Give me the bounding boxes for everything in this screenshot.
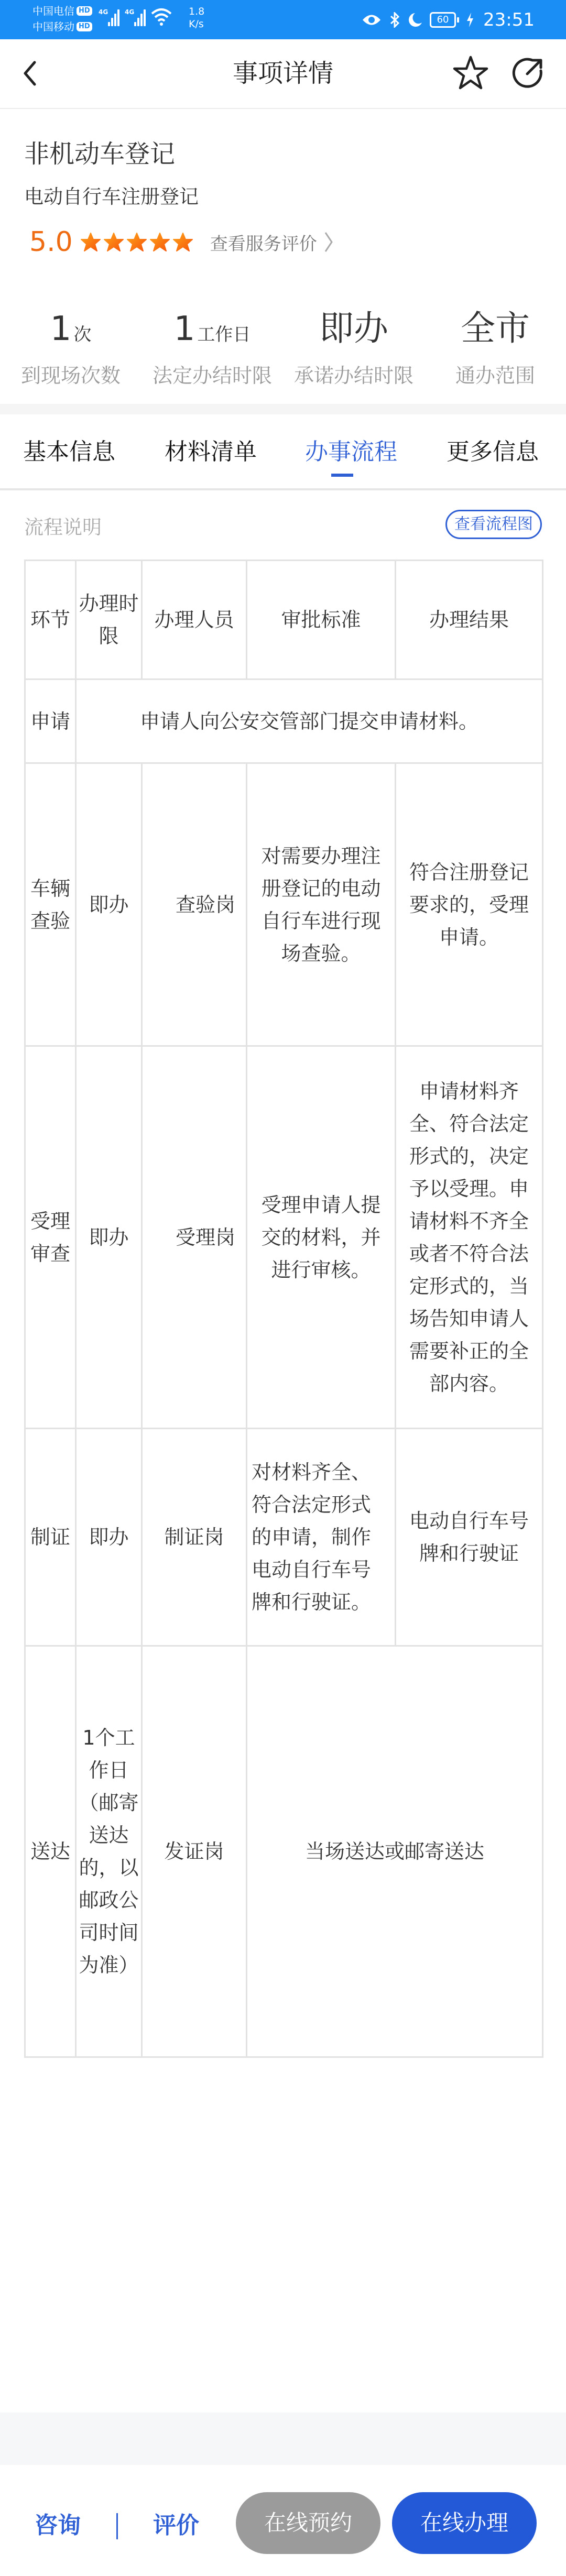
carrier-info: 中国电信 HD 中国移动 HD — [32, 3, 92, 35]
tab-bar: 基本信息 材料清单 办事流程 更多信息 — [0, 414, 566, 490]
result-cell: 申请材料齐全、符合法定形式的，决定予以受理。申请材料不齐全或者不符合法定形式的，… — [396, 1046, 543, 1429]
stage-cell: 申请 — [25, 679, 76, 763]
rating-stars — [80, 232, 193, 252]
view-reviews-label: 查看服务评价 — [210, 229, 317, 255]
stat-scope: 全市 通办范围 — [424, 299, 566, 388]
stat-value: 即办 — [319, 311, 388, 346]
network-type: 4G — [125, 8, 134, 16]
carrier-1: 中国电信 HD — [32, 3, 92, 19]
tab-more-info[interactable]: 更多信息 — [447, 436, 539, 468]
table-row: 申请 申请人向公安交管部门提交申请材料。 — [25, 679, 543, 763]
stat-value: 1 — [174, 312, 195, 346]
section-divider — [0, 404, 566, 414]
item-title: 非机动车登记 — [24, 137, 175, 171]
view-reviews-link[interactable]: 查看服务评价 — [210, 229, 334, 255]
review-button[interactable]: 评价 — [153, 2510, 199, 2541]
header-cell: 办理人员 — [142, 561, 247, 679]
stat-unit: 次 — [73, 326, 91, 346]
network-type: 4G — [99, 8, 108, 16]
clock: 23:51 — [483, 9, 535, 30]
stat-label: 通办范围 — [424, 359, 566, 388]
carrier-2-name: 中国移动 — [32, 19, 74, 35]
stat-value: 1 — [50, 312, 72, 346]
hd-badge: HD — [77, 6, 92, 16]
tab-process[interactable]: 办事流程 — [305, 436, 397, 468]
stats-row: 1次 到现场次数 1工作日 法定办结时限 即办 承诺办结时限 全市 通办范围 — [0, 299, 566, 388]
favorite-star-icon[interactable] — [452, 54, 489, 92]
stage-cell: 送达 — [25, 1646, 76, 2057]
table-row: 送达 1个工作日（邮寄送达的，以邮政公司时间为准） 发证岗 当场送达或邮寄送达 — [25, 1646, 543, 2057]
time-cell: 即办 — [76, 1429, 142, 1646]
stat-promised-limit: 即办 承诺办结时限 — [283, 299, 424, 388]
battery-indicator: 60 — [430, 12, 456, 28]
action-separator — [116, 2513, 118, 2539]
tab-basic-info[interactable]: 基本信息 — [23, 436, 115, 468]
nav-bar: 事项详情 — [0, 39, 566, 109]
speed-value: 1.8 — [189, 5, 204, 18]
table-row: 受理审查 即办 受理岗 受理申请人提交的材料，并进行审核。 申请材料齐全、符合法… — [25, 1046, 543, 1429]
header-cell: 办理时限 — [76, 561, 142, 679]
wifi-icon — [151, 7, 172, 26]
stage-cell: 车辆查验 — [25, 763, 76, 1046]
rating-row: 5.0 查看服务评价 — [29, 225, 334, 259]
time-cell: 即办 — [76, 763, 142, 1046]
result-cell: 电动自行车号牌和行驶证 — [396, 1429, 543, 1646]
header-cell: 办理结果 — [396, 561, 543, 679]
hd-badge: HD — [77, 22, 92, 31]
apply-online-button[interactable]: 在线办理 — [392, 2492, 537, 2554]
header-cell: 环节 — [25, 561, 76, 679]
book-online-button[interactable]: 在线预约 — [236, 2492, 380, 2554]
charging-icon — [466, 13, 474, 27]
table-header-row: 环节 办理时限 办理人员 审批标准 办理结果 — [25, 561, 543, 679]
carrier-2: 中国移动 HD — [32, 19, 92, 35]
header-cell: 审批标准 — [247, 561, 396, 679]
stat-label: 法定办结时限 — [141, 359, 283, 388]
item-subtitle: 电动自行车注册登记 — [24, 184, 199, 210]
process-table: 环节 办理时限 办理人员 审批标准 办理结果 申请 申请人向公安交管部门提交申请… — [24, 560, 543, 2058]
standard-cell: 对需要办理注册登记的电动自行车进行现场查验。 — [247, 763, 396, 1046]
chevron-right-icon — [323, 231, 334, 254]
table-row: 制证 即办 制证岗 对材料齐全、符合法定形式的申请，制作电动自行车号牌和行驶证。… — [25, 1429, 543, 1646]
stage-cell: 受理审查 — [25, 1046, 76, 1429]
star-filled-icon — [172, 232, 193, 252]
standard-cell: 对材料齐全、符合法定形式的申请，制作电动自行车号牌和行驶证。 — [247, 1429, 396, 1646]
tab-materials[interactable]: 材料清单 — [165, 436, 257, 468]
merged-cell: 申请人向公安交管部门提交申请材料。 — [76, 679, 543, 763]
time-cell: 1个工作日（邮寄送达的，以邮政公司时间为准） — [76, 1646, 142, 2057]
signal-icon: 4G — [99, 9, 119, 26]
merged-cell: 当场送达或邮寄送达 — [247, 1646, 543, 2057]
footer-divider — [0, 2413, 566, 2465]
signal-indicators: 4G 4G — [99, 7, 172, 26]
share-icon[interactable] — [509, 54, 546, 92]
stage-cell: 制证 — [25, 1429, 76, 1646]
status-right: 60 23:51 — [362, 9, 535, 30]
eye-comfort-icon — [362, 13, 382, 27]
status-bar: 中国电信 HD 中国移动 HD 4G 4G 1.8 K/s — [0, 0, 566, 39]
view-flowchart-button[interactable]: 查看流程图 — [445, 510, 542, 539]
stat-label: 到现场次数 — [0, 359, 141, 388]
star-filled-icon — [149, 232, 170, 252]
bottom-action-bar: 咨询 评价 在线预约 在线办理 — [0, 2465, 566, 2576]
moon-icon — [408, 12, 422, 28]
stat-unit: 工作日 — [197, 326, 251, 346]
network-speed: 1.8 K/s — [189, 5, 204, 30]
carrier-1-name: 中国电信 — [32, 3, 74, 19]
staff-cell: 制证岗 — [142, 1429, 247, 1646]
rating-score: 5.0 — [29, 226, 73, 258]
table-row: 车辆查验 即办 查验岗 对需要办理注册登记的电动自行车进行现场查验。 符合注册登… — [25, 763, 543, 1046]
stat-label: 承诺办结时限 — [283, 359, 424, 388]
standard-cell: 受理申请人提交的材料，并进行审核。 — [247, 1046, 396, 1429]
consult-button[interactable]: 咨询 — [35, 2510, 81, 2541]
star-filled-icon — [103, 232, 124, 252]
stat-visits: 1次 到现场次数 — [0, 299, 141, 388]
time-cell: 即办 — [76, 1046, 142, 1429]
staff-cell: 查验岗 — [142, 763, 247, 1046]
active-tab-indicator — [331, 474, 353, 477]
speed-unit: K/s — [189, 18, 204, 30]
stat-value: 全市 — [461, 311, 530, 346]
result-cell: 符合注册登记要求的，受理申请。 — [396, 763, 543, 1046]
star-filled-icon — [80, 232, 101, 252]
stat-legal-limit: 1工作日 法定办结时限 — [141, 299, 283, 388]
staff-cell: 受理岗 — [142, 1046, 247, 1429]
bluetooth-icon — [389, 12, 400, 28]
star-filled-icon — [126, 232, 147, 252]
signal-icon: 4G — [125, 9, 146, 26]
staff-cell: 发证岗 — [142, 1646, 247, 2057]
process-section-label: 流程说明 — [24, 514, 102, 541]
